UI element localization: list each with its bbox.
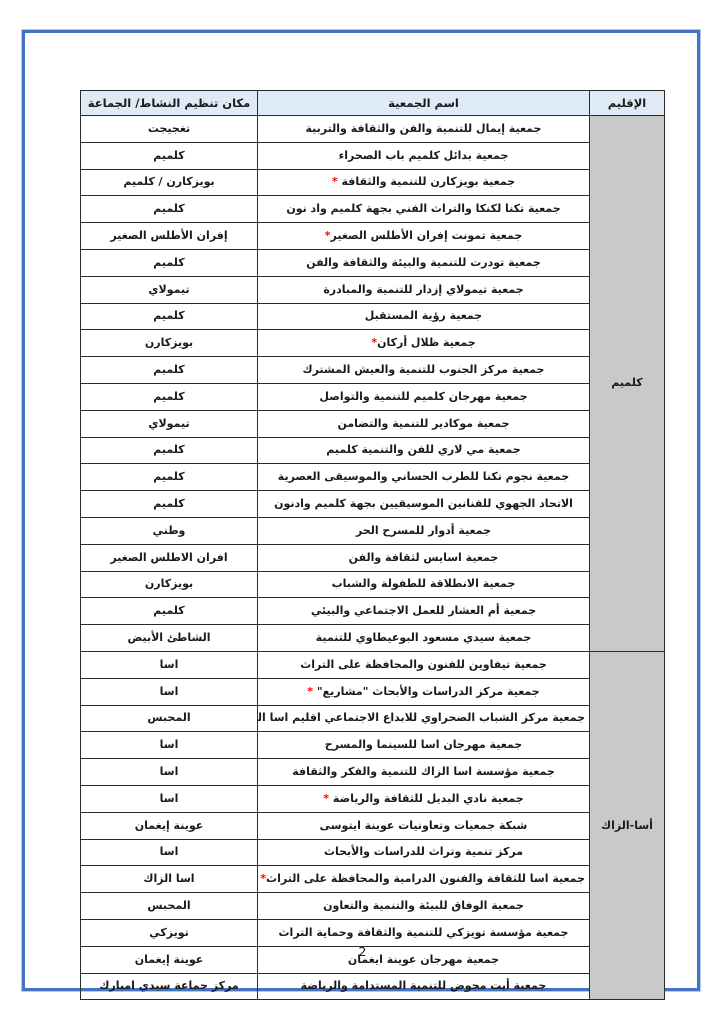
- place-cell: كلميم: [81, 383, 258, 410]
- place-cell: الشاطئ الأبيض: [81, 625, 258, 652]
- place-cell: كلميم: [81, 303, 258, 330]
- association-name-cell: جمعية ظلال أركان*: [258, 330, 590, 357]
- red-asterisk: *: [307, 685, 313, 698]
- place-cell: كلميم: [81, 464, 258, 491]
- place-cell: اسا: [81, 785, 258, 812]
- place-cell: اسا: [81, 678, 258, 705]
- place-cell: المحبس: [81, 893, 258, 920]
- association-name-cell: جمعية تيمولاي إزدار للتنمية والمبادرة: [258, 276, 590, 303]
- red-asterisk: *: [332, 175, 338, 188]
- association-name-cell: جمعية أيت مجوض للتنمية المستدامة والرياض…: [258, 973, 590, 1000]
- place-cell: كلميم: [81, 437, 258, 464]
- page-number: 2: [0, 944, 725, 959]
- table-row: جمعية مركز الشباب الصحراوي للابداع الاجت…: [81, 705, 665, 732]
- table-row: جمعية نادي البديل للثقافة والرياضة *اسا: [81, 785, 665, 812]
- table-row: جمعية ظلال أركان*بويزكارن: [81, 330, 665, 357]
- place-cell: بويزكارن / كلميم: [81, 169, 258, 196]
- table-row: جمعية أدوار للمسرح الحروطني: [81, 517, 665, 544]
- place-cell: بويزكارن: [81, 571, 258, 598]
- table-row: جمعية مؤسسة اسا الزاك للتنمية والفكر وال…: [81, 759, 665, 786]
- table-header-row: الإقليم اسم الجمعية مكان تنظيم النشاط/ ا…: [81, 91, 665, 116]
- place-cell: المحبس: [81, 705, 258, 732]
- place-cell: وطني: [81, 517, 258, 544]
- table-row: جمعية سيدي مسعود البوعيطاوي للتنميةالشاط…: [81, 625, 665, 652]
- table-row: جمعية نجوم تكنا للطرب الحساني والموسيقى …: [81, 464, 665, 491]
- association-name-cell: جمعية الانطلاقة للطفولة والشباب: [258, 571, 590, 598]
- place-cell: اسا الزاك: [81, 866, 258, 893]
- table-row: جمعية بويزكارن للتنمية والثقافة *بويزكار…: [81, 169, 665, 196]
- place-cell: كلميم: [81, 196, 258, 223]
- table-row: جمعية مؤسسة تويزكي للتنمية والثقافة وحما…: [81, 919, 665, 946]
- red-asterisk: *: [325, 229, 331, 242]
- associations-table-container: الإقليم اسم الجمعية مكان تنظيم النشاط/ ا…: [81, 90, 665, 1000]
- table-row: جمعية تكنا لكنكا والتراث الفني بجهة كلمي…: [81, 196, 665, 223]
- place-cell: اسا: [81, 759, 258, 786]
- association-name-cell: جمعية مؤسسة تويزكي للتنمية والثقافة وحما…: [258, 919, 590, 946]
- association-name-cell: جمعية أدوار للمسرح الحر: [258, 517, 590, 544]
- table-row: جمعية اسايس لثقافة والفنافران الاطلس الص…: [81, 544, 665, 571]
- table-row: جمعية بدائل كلميم باب الصحراءكلميم: [81, 142, 665, 169]
- header-place: مكان تنظيم النشاط/ الجماعة: [81, 91, 258, 116]
- table-row: جمعية أيت مجوض للتنمية المستدامة والرياض…: [81, 973, 665, 1000]
- table-row: جمعية مهرجان اسا للسينما والمسرحاسا: [81, 732, 665, 759]
- document-page: الإقليم اسم الجمعية مكان تنظيم النشاط/ ا…: [0, 0, 725, 1024]
- association-name-cell: جمعية مهرجان كلميم للتنمية والتواصل: [258, 383, 590, 410]
- table-row: جمعية موكادير للتنمية والتضامنتيمولاي: [81, 410, 665, 437]
- place-cell: كلميم: [81, 249, 258, 276]
- association-name-cell: جمعية اسايس لثقافة والفن: [258, 544, 590, 571]
- place-cell: مركز جماعة سيدي امبارك: [81, 973, 258, 1000]
- place-cell: كلميم: [81, 491, 258, 518]
- association-name-cell: جمعية موكادير للتنمية والتضامن: [258, 410, 590, 437]
- region-cell: كلميم: [590, 116, 665, 652]
- place-cell: كلميم: [81, 142, 258, 169]
- table-row: جمعية مركز الدراسات والأبحاث "مشاريع" *ا…: [81, 678, 665, 705]
- header-region: الإقليم: [590, 91, 665, 116]
- association-name-cell: جمعية اسا للثقافة والفنون الدرامية والمح…: [258, 866, 590, 893]
- table-row: مركز تنمية وتراث للدراسات والأبحاثاسا: [81, 839, 665, 866]
- place-cell: اسا: [81, 839, 258, 866]
- association-name-cell: جمعية تيفاوين للفنون والمحافظة على الترا…: [258, 651, 590, 678]
- table-row: أسا-الزاكجمعية تيفاوين للفنون والمحافظة …: [81, 651, 665, 678]
- associations-table: الإقليم اسم الجمعية مكان تنظيم النشاط/ ا…: [80, 90, 665, 1000]
- table-row: الاتحاد الجهوي للفنانين الموسيقيين بجهة …: [81, 491, 665, 518]
- association-name-cell: جمعية بويزكارن للتنمية والثقافة *: [258, 169, 590, 196]
- association-name-cell: جمعية مؤسسة اسا الزاك للتنمية والفكر وال…: [258, 759, 590, 786]
- association-name-cell: جمعية بدائل كلميم باب الصحراء: [258, 142, 590, 169]
- table-row: جمعية مي لاري للفن والتنمية كلميمكلميم: [81, 437, 665, 464]
- association-name-cell: جمعية تمونت إفران الأطلس الصغير*: [258, 223, 590, 250]
- association-name-cell: مركز تنمية وتراث للدراسات والأبحاث: [258, 839, 590, 866]
- association-name-cell: جمعية مركز الدراسات والأبحاث "مشاريع" *: [258, 678, 590, 705]
- association-name-cell: جمعية نادي البديل للثقافة والرياضة *: [258, 785, 590, 812]
- association-name-cell: جمعية سيدي مسعود البوعيطاوي للتنمية: [258, 625, 590, 652]
- association-name-cell: جمعية تكنا لكنكا والتراث الفني بجهة كلمي…: [258, 196, 590, 223]
- place-cell: اسا: [81, 651, 258, 678]
- associations-table-body: كلميمجمعية إيمال للتنمية والفن والثقافة …: [81, 116, 665, 1000]
- place-cell: إفران الأطلس الصغير: [81, 223, 258, 250]
- place-cell: تيمولاي: [81, 410, 258, 437]
- association-name-cell: جمعية أم العشار للعمل الاجتماعي والبيئي: [258, 598, 590, 625]
- table-row: جمعية تمونت إفران الأطلس الصغير*إفران ال…: [81, 223, 665, 250]
- place-cell: اسا: [81, 732, 258, 759]
- table-row: جمعية الوفاق للبيئة والتنمية والتعاونالم…: [81, 893, 665, 920]
- association-name-cell: جمعية رؤية المستقبل: [258, 303, 590, 330]
- place-cell: كلميم: [81, 598, 258, 625]
- place-cell: افران الاطلس الصغير: [81, 544, 258, 571]
- place-cell: تغجيجت: [81, 116, 258, 143]
- association-name-cell: جمعية مهرجان اسا للسينما والمسرح: [258, 732, 590, 759]
- place-cell: تيمولاي: [81, 276, 258, 303]
- place-cell: تويزكي: [81, 919, 258, 946]
- table-row: جمعية أم العشار للعمل الاجتماعي والبيئيك…: [81, 598, 665, 625]
- table-row: جمعية مهرجان كلميم للتنمية والتواصلكلميم: [81, 383, 665, 410]
- red-asterisk: *: [371, 336, 377, 349]
- table-row: جمعية تيمولاي إزدار للتنمية والمبادرةتيم…: [81, 276, 665, 303]
- table-row: جمعية رؤية المستقبلكلميم: [81, 303, 665, 330]
- association-name-cell: الاتحاد الجهوي للفنانين الموسيقيين بجهة …: [258, 491, 590, 518]
- table-row: جمعية اسا للثقافة والفنون الدرامية والمح…: [81, 866, 665, 893]
- association-name-cell: جمعية مي لاري للفن والتنمية كلميم: [258, 437, 590, 464]
- association-name-cell: جمعية مركز الجنوب للتنمية والعيش المشترك: [258, 357, 590, 384]
- association-name-cell: شبكة جمعيات وتعاونيات عوينة ايتوسى: [258, 812, 590, 839]
- association-name-cell: جمعية نجوم تكنا للطرب الحساني والموسيقى …: [258, 464, 590, 491]
- red-asterisk: *: [260, 872, 266, 885]
- table-row: جمعية مركز الجنوب للتنمية والعيش المشترك…: [81, 357, 665, 384]
- table-row: كلميمجمعية إيمال للتنمية والفن والثقافة …: [81, 116, 665, 143]
- table-row: جمعية الانطلاقة للطفولة والشباببويزكارن: [81, 571, 665, 598]
- place-cell: كلميم: [81, 357, 258, 384]
- table-row: جمعية تودرت للتنمية والبيئة والثقافة وال…: [81, 249, 665, 276]
- association-name-cell: جمعية الوفاق للبيئة والتنمية والتعاون: [258, 893, 590, 920]
- table-row: شبكة جمعيات وتعاونيات عوينة ايتوسىعوينة …: [81, 812, 665, 839]
- association-name-cell: جمعية مركز الشباب الصحراوي للابداع الاجت…: [258, 705, 590, 732]
- red-asterisk: *: [323, 792, 329, 805]
- association-name-cell: جمعية تودرت للتنمية والبيئة والثقافة وال…: [258, 249, 590, 276]
- place-cell: عوينة إيغمان: [81, 812, 258, 839]
- place-cell: بويزكارن: [81, 330, 258, 357]
- header-association-name: اسم الجمعية: [258, 91, 590, 116]
- association-name-cell: جمعية إيمال للتنمية والفن والثقافة والتر…: [258, 116, 590, 143]
